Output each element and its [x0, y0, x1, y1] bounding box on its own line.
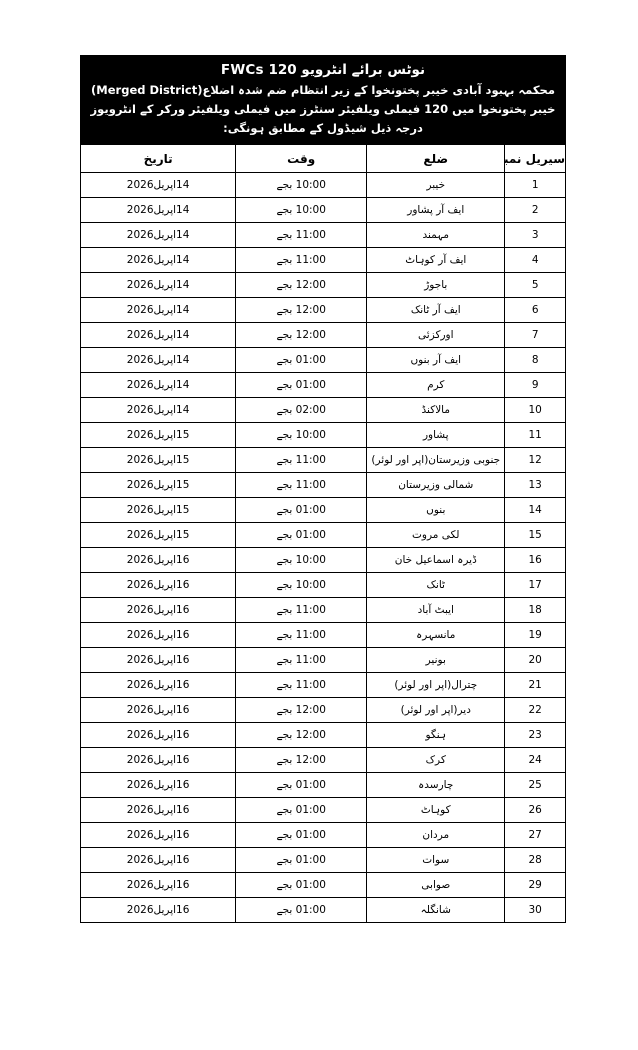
schedule-table-body: 1 خیبر 10:00 بجے 14اپریل2026 2 ایف آر پش…: [81, 173, 566, 923]
table-row: 24 کرک 12:00 بجے 16اپریل2026: [81, 748, 566, 773]
date-cell: 14اپریل2026: [81, 348, 236, 373]
serial-cell: 10: [505, 398, 566, 423]
serial-cell: 8: [505, 348, 566, 373]
serial-cell: 2: [505, 198, 566, 223]
time-cell: 11:00 بجے: [236, 473, 367, 498]
time-cell: 02:00 بجے: [236, 398, 367, 423]
time-cell: 01:00 بجے: [236, 773, 367, 798]
table-row: 23 ہنگو 12:00 بجے 16اپریل2026: [81, 723, 566, 748]
table-row: 21 چترال(اپر اور لوئر) 11:00 بجے 16اپریل…: [81, 673, 566, 698]
date-cell: 14اپریل2026: [81, 173, 236, 198]
table-row: 11 پشاور 10:00 بجے 15اپریل2026: [81, 423, 566, 448]
serial-cell: 5: [505, 273, 566, 298]
time-cell: 10:00 بجے: [236, 198, 367, 223]
district-cell: دیر(اپر اور لوئر): [367, 698, 505, 723]
date-cell: 14اپریل2026: [81, 323, 236, 348]
date-cell: 16اپریل2026: [81, 573, 236, 598]
date-cell: 14اپریل2026: [81, 198, 236, 223]
time-cell: 10:00 بجے: [236, 548, 367, 573]
date-cell: 14اپریل2026: [81, 248, 236, 273]
serial-cell: 24: [505, 748, 566, 773]
serial-cell: 1: [505, 173, 566, 198]
district-cell: سوات: [367, 848, 505, 873]
district-cell: لکی مروت: [367, 523, 505, 548]
time-cell: 11:00 بجے: [236, 623, 367, 648]
table-row: 3 مہمند 11:00 بجے 14اپریل2026: [81, 223, 566, 248]
column-header-date: تاریخ: [81, 145, 236, 173]
serial-cell: 15: [505, 523, 566, 548]
date-cell: 14اپریل2026: [81, 398, 236, 423]
district-cell: ایف آر بنوں: [367, 348, 505, 373]
district-cell: بونیر: [367, 648, 505, 673]
time-cell: 01:00 بجے: [236, 898, 367, 923]
column-header-serial: سیریل نمبر: [505, 145, 566, 173]
date-cell: 16اپریل2026: [81, 748, 236, 773]
date-cell: 15اپریل2026: [81, 423, 236, 448]
table-row: 5 باجوڑ 12:00 بجے 14اپریل2026: [81, 273, 566, 298]
date-cell: 16اپریل2026: [81, 698, 236, 723]
time-cell: 11:00 بجے: [236, 448, 367, 473]
table-row: 15 لکی مروت 01:00 بجے 15اپریل2026: [81, 523, 566, 548]
serial-cell: 27: [505, 823, 566, 848]
serial-cell: 13: [505, 473, 566, 498]
district-cell: کرک: [367, 748, 505, 773]
table-row: 12 جنوبی وزیرستان(اپر اور لوئر) 11:00 بج…: [81, 448, 566, 473]
serial-cell: 16: [505, 548, 566, 573]
table-row: 1 خیبر 10:00 بجے 14اپریل2026: [81, 173, 566, 198]
district-cell: ایف آر ٹانک: [367, 298, 505, 323]
serial-cell: 25: [505, 773, 566, 798]
table-row: 30 شانگلہ 01:00 بجے 16اپریل2026: [81, 898, 566, 923]
time-cell: 12:00 بجے: [236, 698, 367, 723]
notice-title: نوٹس برائے انٹرویو 120 FWCs: [86, 59, 560, 81]
time-cell: 10:00 بجے: [236, 173, 367, 198]
district-cell: مالاکنڈ: [367, 398, 505, 423]
date-cell: 16اپریل2026: [81, 723, 236, 748]
time-cell: 11:00 بجے: [236, 673, 367, 698]
date-cell: 14اپریل2026: [81, 273, 236, 298]
date-cell: 14اپریل2026: [81, 373, 236, 398]
time-cell: 11:00 بجے: [236, 248, 367, 273]
serial-cell: 18: [505, 598, 566, 623]
district-cell: خیبر: [367, 173, 505, 198]
district-cell: جنوبی وزیرستان(اپر اور لوئر): [367, 448, 505, 473]
time-cell: 10:00 بجے: [236, 573, 367, 598]
serial-cell: 14: [505, 498, 566, 523]
table-row: 9 کرم 01:00 بجے 14اپریل2026: [81, 373, 566, 398]
district-cell: مہمند: [367, 223, 505, 248]
serial-cell: 29: [505, 873, 566, 898]
district-cell: شانگلہ: [367, 898, 505, 923]
table-row: 7 اورکزئی 12:00 بجے 14اپریل2026: [81, 323, 566, 348]
time-cell: 11:00 بجے: [236, 648, 367, 673]
date-cell: 14اپریل2026: [81, 223, 236, 248]
table-row: 14 بنوں 01:00 بجے 15اپریل2026: [81, 498, 566, 523]
table-row: 10 مالاکنڈ 02:00 بجے 14اپریل2026: [81, 398, 566, 423]
date-cell: 15اپریل2026: [81, 448, 236, 473]
time-cell: 01:00 بجے: [236, 848, 367, 873]
district-cell: چارسدہ: [367, 773, 505, 798]
date-cell: 16اپریل2026: [81, 598, 236, 623]
time-cell: 01:00 بجے: [236, 873, 367, 898]
column-header-time: وقت: [236, 145, 367, 173]
serial-cell: 28: [505, 848, 566, 873]
district-cell: ایف آر کوہاٹ: [367, 248, 505, 273]
time-cell: 01:00 بجے: [236, 798, 367, 823]
date-cell: 16اپریل2026: [81, 548, 236, 573]
date-cell: 16اپریل2026: [81, 848, 236, 873]
serial-cell: 22: [505, 698, 566, 723]
table-row: 17 ٹانک 10:00 بجے 16اپریل2026: [81, 573, 566, 598]
serial-cell: 6: [505, 298, 566, 323]
column-header-district: ضلع: [367, 145, 505, 173]
time-cell: 11:00 بجے: [236, 598, 367, 623]
time-cell: 11:00 بجے: [236, 223, 367, 248]
notice-document: نوٹس برائے انٹرویو 120 FWCs محکمہ بہبود …: [80, 55, 566, 923]
table-row: 20 بونیر 11:00 بجے 16اپریل2026: [81, 648, 566, 673]
table-row: 6 ایف آر ٹانک 12:00 بجے 14اپریل2026: [81, 298, 566, 323]
serial-cell: 3: [505, 223, 566, 248]
serial-cell: 26: [505, 798, 566, 823]
date-cell: 16اپریل2026: [81, 773, 236, 798]
table-row: 29 صوابی 01:00 بجے 16اپریل2026: [81, 873, 566, 898]
date-cell: 15اپریل2026: [81, 473, 236, 498]
table-header-row: سیریل نمبر ضلع وقت تاریخ: [81, 145, 566, 173]
time-cell: 12:00 بجے: [236, 748, 367, 773]
date-cell: 16اپریل2026: [81, 873, 236, 898]
district-cell: بنوں: [367, 498, 505, 523]
time-cell: 01:00 بجے: [236, 498, 367, 523]
time-cell: 01:00 بجے: [236, 373, 367, 398]
table-row: 16 ڈیرہ اسماعیل خان 10:00 بجے 16اپریل202…: [81, 548, 566, 573]
serial-cell: 7: [505, 323, 566, 348]
district-cell: باجوڑ: [367, 273, 505, 298]
serial-cell: 12: [505, 448, 566, 473]
district-cell: ایبٹ آباد: [367, 598, 505, 623]
serial-cell: 23: [505, 723, 566, 748]
date-cell: 15اپریل2026: [81, 498, 236, 523]
date-cell: 16اپریل2026: [81, 823, 236, 848]
table-row: 13 شمالی وزیرستان 11:00 بجے 15اپریل2026: [81, 473, 566, 498]
date-cell: 16اپریل2026: [81, 898, 236, 923]
time-cell: 12:00 بجے: [236, 323, 367, 348]
table-row: 18 ایبٹ آباد 11:00 بجے 16اپریل2026: [81, 598, 566, 623]
interview-schedule-table: سیریل نمبر ضلع وقت تاریخ 1 خیبر 10:00 بج…: [80, 144, 566, 923]
table-row: 22 دیر(اپر اور لوئر) 12:00 بجے 16اپریل20…: [81, 698, 566, 723]
date-cell: 16اپریل2026: [81, 648, 236, 673]
district-cell: چترال(اپر اور لوئر): [367, 673, 505, 698]
serial-cell: 30: [505, 898, 566, 923]
table-row: 2 ایف آر پشاور 10:00 بجے 14اپریل2026: [81, 198, 566, 223]
district-cell: ایف آر پشاور: [367, 198, 505, 223]
time-cell: 12:00 بجے: [236, 723, 367, 748]
date-cell: 15اپریل2026: [81, 523, 236, 548]
table-row: 27 مردان 01:00 بجے 16اپریل2026: [81, 823, 566, 848]
table-row: 28 سوات 01:00 بجے 16اپریل2026: [81, 848, 566, 873]
table-row: 25 چارسدہ 01:00 بجے 16اپریل2026: [81, 773, 566, 798]
date-cell: 16اپریل2026: [81, 623, 236, 648]
time-cell: 01:00 بجے: [236, 348, 367, 373]
notice-description: محکمہ بہبود آبادی خیبر پختونخوا کے زیر ا…: [86, 81, 560, 138]
serial-cell: 9: [505, 373, 566, 398]
notice-header-block: نوٹس برائے انٹرویو 120 FWCs محکمہ بہبود …: [80, 55, 566, 144]
serial-cell: 11: [505, 423, 566, 448]
date-cell: 14اپریل2026: [81, 298, 236, 323]
table-row: 26 کوہاٹ 01:00 بجے 16اپریل2026: [81, 798, 566, 823]
date-cell: 16اپریل2026: [81, 673, 236, 698]
serial-cell: 19: [505, 623, 566, 648]
serial-cell: 4: [505, 248, 566, 273]
district-cell: مردان: [367, 823, 505, 848]
district-cell: کوہاٹ: [367, 798, 505, 823]
document-page: نوٹس برائے انٹرویو 120 FWCs محکمہ بہبود …: [0, 0, 638, 1050]
table-row: 19 مانسہرہ 11:00 بجے 16اپریل2026: [81, 623, 566, 648]
time-cell: 01:00 بجے: [236, 523, 367, 548]
district-cell: مانسہرہ: [367, 623, 505, 648]
date-cell: 16اپریل2026: [81, 798, 236, 823]
table-row: 8 ایف آر بنوں 01:00 بجے 14اپریل2026: [81, 348, 566, 373]
district-cell: ٹانک: [367, 573, 505, 598]
time-cell: 10:00 بجے: [236, 423, 367, 448]
district-cell: ہنگو: [367, 723, 505, 748]
time-cell: 12:00 بجے: [236, 273, 367, 298]
district-cell: شمالی وزیرستان: [367, 473, 505, 498]
district-cell: اورکزئی: [367, 323, 505, 348]
district-cell: کرم: [367, 373, 505, 398]
serial-cell: 17: [505, 573, 566, 598]
serial-cell: 20: [505, 648, 566, 673]
table-row: 4 ایف آر کوہاٹ 11:00 بجے 14اپریل2026: [81, 248, 566, 273]
district-cell: صوابی: [367, 873, 505, 898]
district-cell: پشاور: [367, 423, 505, 448]
time-cell: 01:00 بجے: [236, 823, 367, 848]
serial-cell: 21: [505, 673, 566, 698]
district-cell: ڈیرہ اسماعیل خان: [367, 548, 505, 573]
time-cell: 12:00 بجے: [236, 298, 367, 323]
